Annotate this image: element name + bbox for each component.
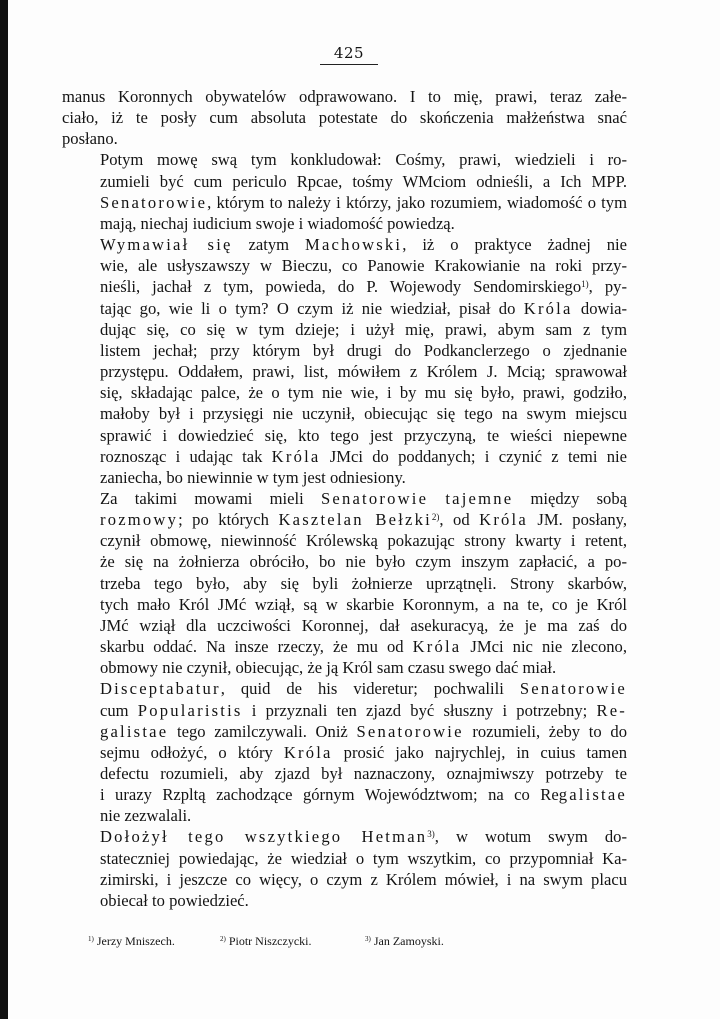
page-number: 425	[320, 44, 378, 65]
text-line: Dołożył tego wszytkiego Hetman3), w wotu…	[62, 826, 627, 847]
spaced-emphasis: Króla	[479, 510, 528, 529]
spaced-emphasis: Króla	[284, 743, 333, 762]
text-line: przystępu. Oddałem, prawi, list, mówiłem…	[62, 361, 627, 382]
spaced-emphasis: Wymawiał się	[100, 235, 233, 254]
paragraph: Disceptabatur, quid de his videretur; po…	[62, 678, 627, 826]
paragraph: Potym mowę swą tym konkludował: Cośmy, p…	[62, 149, 627, 234]
text-line: sejmu odłożyć, o który Króla prosić jako…	[62, 742, 627, 763]
text-line: posłano.	[62, 128, 627, 149]
footnote-ref: 2)	[432, 512, 440, 522]
spaced-emphasis: rozmowy	[100, 510, 178, 529]
spaced-emphasis: Króla	[272, 447, 321, 466]
text-line: Za takimi mowami mieli Senatorowie tajem…	[62, 488, 627, 509]
text-line: Disceptabatur, quid de his videretur; po…	[62, 678, 627, 699]
text-line: Wymawiał się zatym Machowski, iż o prakt…	[62, 234, 627, 255]
text-line: roznosząc i udając tak Króla JMci do pod…	[62, 446, 627, 467]
paragraph: Za takimi mowami mieli Senatorowie tajem…	[62, 488, 627, 678]
text-line: rozmowy; po których Kasztelan Bełzki2), …	[62, 509, 627, 530]
paragraph: Dołożył tego wszytkiego Hetman3), w wotu…	[62, 826, 627, 911]
text-line: nie zezwalali.	[62, 805, 627, 826]
paragraph: Wymawiał się zatym Machowski, iż o prakt…	[62, 234, 627, 488]
spaced-emphasis: galistae	[559, 785, 627, 804]
spaced-emphasis: galistae	[100, 722, 168, 741]
text-line: mają, niechaj iudicium swoje i wiadomość…	[62, 213, 627, 234]
footnote-1: 1) Jerzy Mniszech.	[88, 934, 220, 949]
footnote-ref: 3)	[427, 829, 435, 839]
text-line: skarbu oddać. Na insze rzeczy, że mu od …	[62, 636, 627, 657]
text-line: Potym mowę swą tym konkludował: Cośmy, p…	[62, 149, 627, 170]
text-line: trzeba tego było, aby się byli żołnierze…	[62, 573, 627, 594]
text-line: zimirski, i jeszcze co więcy, o czym z K…	[62, 869, 627, 890]
spaced-emphasis: Senatorowie	[100, 193, 207, 212]
text-line: tając go, wie li o tym? O czym iż nie wi…	[62, 298, 627, 319]
paragraph: manus Koronnych obywatelów odprawowano. …	[62, 86, 627, 149]
text-line: stateczniej powiedając, że wiedział o ty…	[62, 848, 627, 869]
spaced-emphasis: Króla	[413, 637, 462, 656]
text-line: defectu rozumieli, aby zjazd był naznacz…	[62, 763, 627, 784]
text-line: cum Popularistis i przyznali ten zjazd b…	[62, 700, 627, 721]
footnote-3: 3) Jan Zamoyski.	[365, 934, 444, 949]
footnote-text: Jerzy Mniszech.	[97, 934, 175, 948]
text-line: manus Koronnych obywatelów odprawowano. …	[62, 86, 627, 107]
text-line: małoby był i przysięgi nie uczynił, obie…	[62, 403, 627, 424]
footnote-2: 2) Piotr Niszczycki.	[220, 934, 365, 949]
text-line: dując się, co się w tym dzieje; i użył m…	[62, 319, 627, 340]
text-line: i urazy Rzpltą zachodzące górnym Wojewód…	[62, 784, 627, 805]
text-line: wie, ale usłyszawszy w Bieczu, co Panowi…	[62, 255, 627, 276]
text-line: tych mało Król JMć wziął, są w skarbie K…	[62, 594, 627, 615]
spaced-emphasis: Senatorowie	[357, 722, 464, 741]
text-line: zaniecha, bo niewinnie w tym jest odnies…	[62, 467, 627, 488]
text-line: się, składając palce, że o tym nie wie, …	[62, 382, 627, 403]
spaced-emphasis: Senatorowie	[520, 679, 627, 698]
footnotes: 1) Jerzy Mniszech. 2) Piotr Niszczycki. …	[88, 934, 508, 949]
text-line: obiecał to powiedzieć.	[62, 890, 627, 911]
text-line: nieśli, jachał z tym, powieda, do P. Woj…	[62, 276, 627, 297]
spaced-emphasis: Kasztelan Bełzki	[278, 510, 431, 529]
text-line: że się na żołnierza obróciło, bo nie był…	[62, 551, 627, 572]
text-line: zumieli być cum periculo Rpcae, tośmy WM…	[62, 171, 627, 192]
text-line: Senatorowie, którym to należy i którzy, …	[62, 192, 627, 213]
text-line: ciało, iż te posły cum absoluta potestat…	[62, 107, 627, 128]
spaced-emphasis: Króla	[524, 299, 573, 318]
footnote-mark: 1)	[88, 935, 94, 943]
spaced-emphasis: Disceptabatur	[100, 679, 221, 698]
spaced-emphasis: Popularistis	[138, 701, 243, 720]
spaced-emphasis: Senatorowie	[321, 489, 428, 508]
text-line: galistae tego zamilczywali. Oniż Senator…	[62, 721, 627, 742]
spaced-emphasis: Machowski	[305, 235, 402, 254]
footnote-ref: 1)	[581, 279, 589, 289]
text-line: obmowy nie czynił, obiecując, że ją Król…	[62, 657, 627, 678]
text-line: czynił obmowę, niewinność Królewską poka…	[62, 530, 627, 551]
scan-edge-bar	[0, 0, 8, 1019]
spaced-emphasis: Re-	[596, 701, 627, 720]
text-line: listem jechał; przy którym był drugi do …	[62, 340, 627, 361]
text-line: JMć wziął dla uczciwości Koronnej, dał a…	[62, 615, 627, 636]
text-line: sprawić i dowiedzieć się, kto tego jest …	[62, 425, 627, 446]
spaced-emphasis: Dołożył tego wszytkiego Hetman	[100, 827, 427, 846]
spaced-emphasis: tajemne	[445, 489, 513, 508]
body-text: manus Koronnych obywatelów odprawowano. …	[62, 86, 627, 911]
footnote-mark: 2)	[220, 935, 226, 943]
footnote-text: Jan Zamoyski.	[374, 934, 444, 948]
footnote-text: Piotr Niszczycki.	[229, 934, 312, 948]
footnote-mark: 3)	[365, 935, 371, 943]
